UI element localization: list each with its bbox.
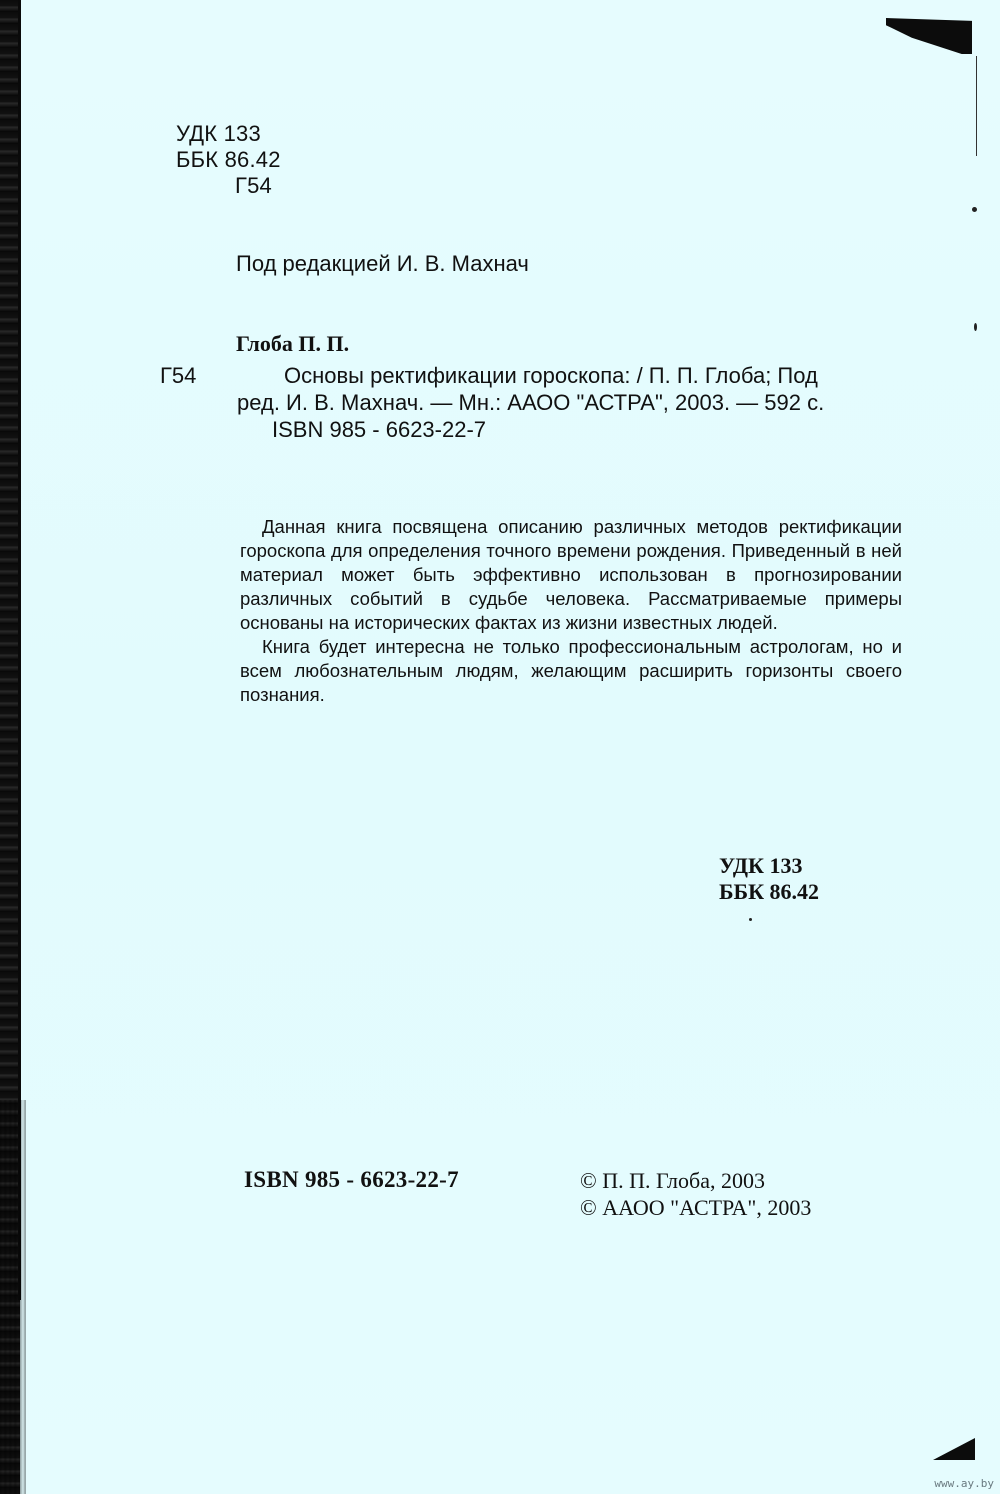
bbk-code-bottom: ББК 86.42	[719, 879, 819, 905]
author-mark-top: Г54	[235, 173, 272, 199]
scan-edge-noise	[0, 1100, 26, 1494]
watermark: www.ay.by	[934, 1477, 994, 1490]
scan-corner-top-right	[886, 18, 972, 54]
abstract-paragraph-1: Данная книга посвящена описанию различны…	[240, 515, 902, 635]
record-line-2: ред. И. В. Махнач. — Мн.: ААОО "АСТРА", …	[237, 389, 824, 416]
author-mark-record: Г54	[160, 363, 196, 389]
abstract-paragraph-2: Книга будет интересна не только професси…	[240, 635, 902, 707]
footer-isbn: ISBN 985 - 6623-22-7	[244, 1167, 459, 1193]
udk-code-bottom: УДК 133	[719, 853, 803, 879]
scan-edge-right	[976, 56, 977, 156]
scan-speck	[972, 207, 977, 212]
record-isbn: ISBN 985 - 6623-22-7	[272, 416, 486, 443]
scan-speck	[974, 323, 977, 331]
author-heading: Глоба П. П.	[236, 331, 349, 357]
copyright-publisher: © ААОО "АСТРА", 2003	[580, 1194, 811, 1221]
scan-corner-bottom-right	[933, 1438, 975, 1460]
udk-code-top: УДК 133	[176, 121, 261, 147]
editor-line: Под редакцией И. В. Махнач	[236, 251, 529, 277]
copyright-author: © П. П. Глоба, 2003	[580, 1167, 765, 1194]
bbk-code-top: ББК 86.42	[176, 147, 281, 173]
record-line-1: Основы ректификации гороскопа: / П. П. Г…	[284, 362, 818, 389]
scan-speck	[749, 918, 752, 921]
book-imprint-page: УДК 133 ББК 86.42 Г54 Под редакцией И. В…	[0, 0, 1000, 1494]
abstract: Данная книга посвящена описанию различны…	[240, 515, 902, 707]
